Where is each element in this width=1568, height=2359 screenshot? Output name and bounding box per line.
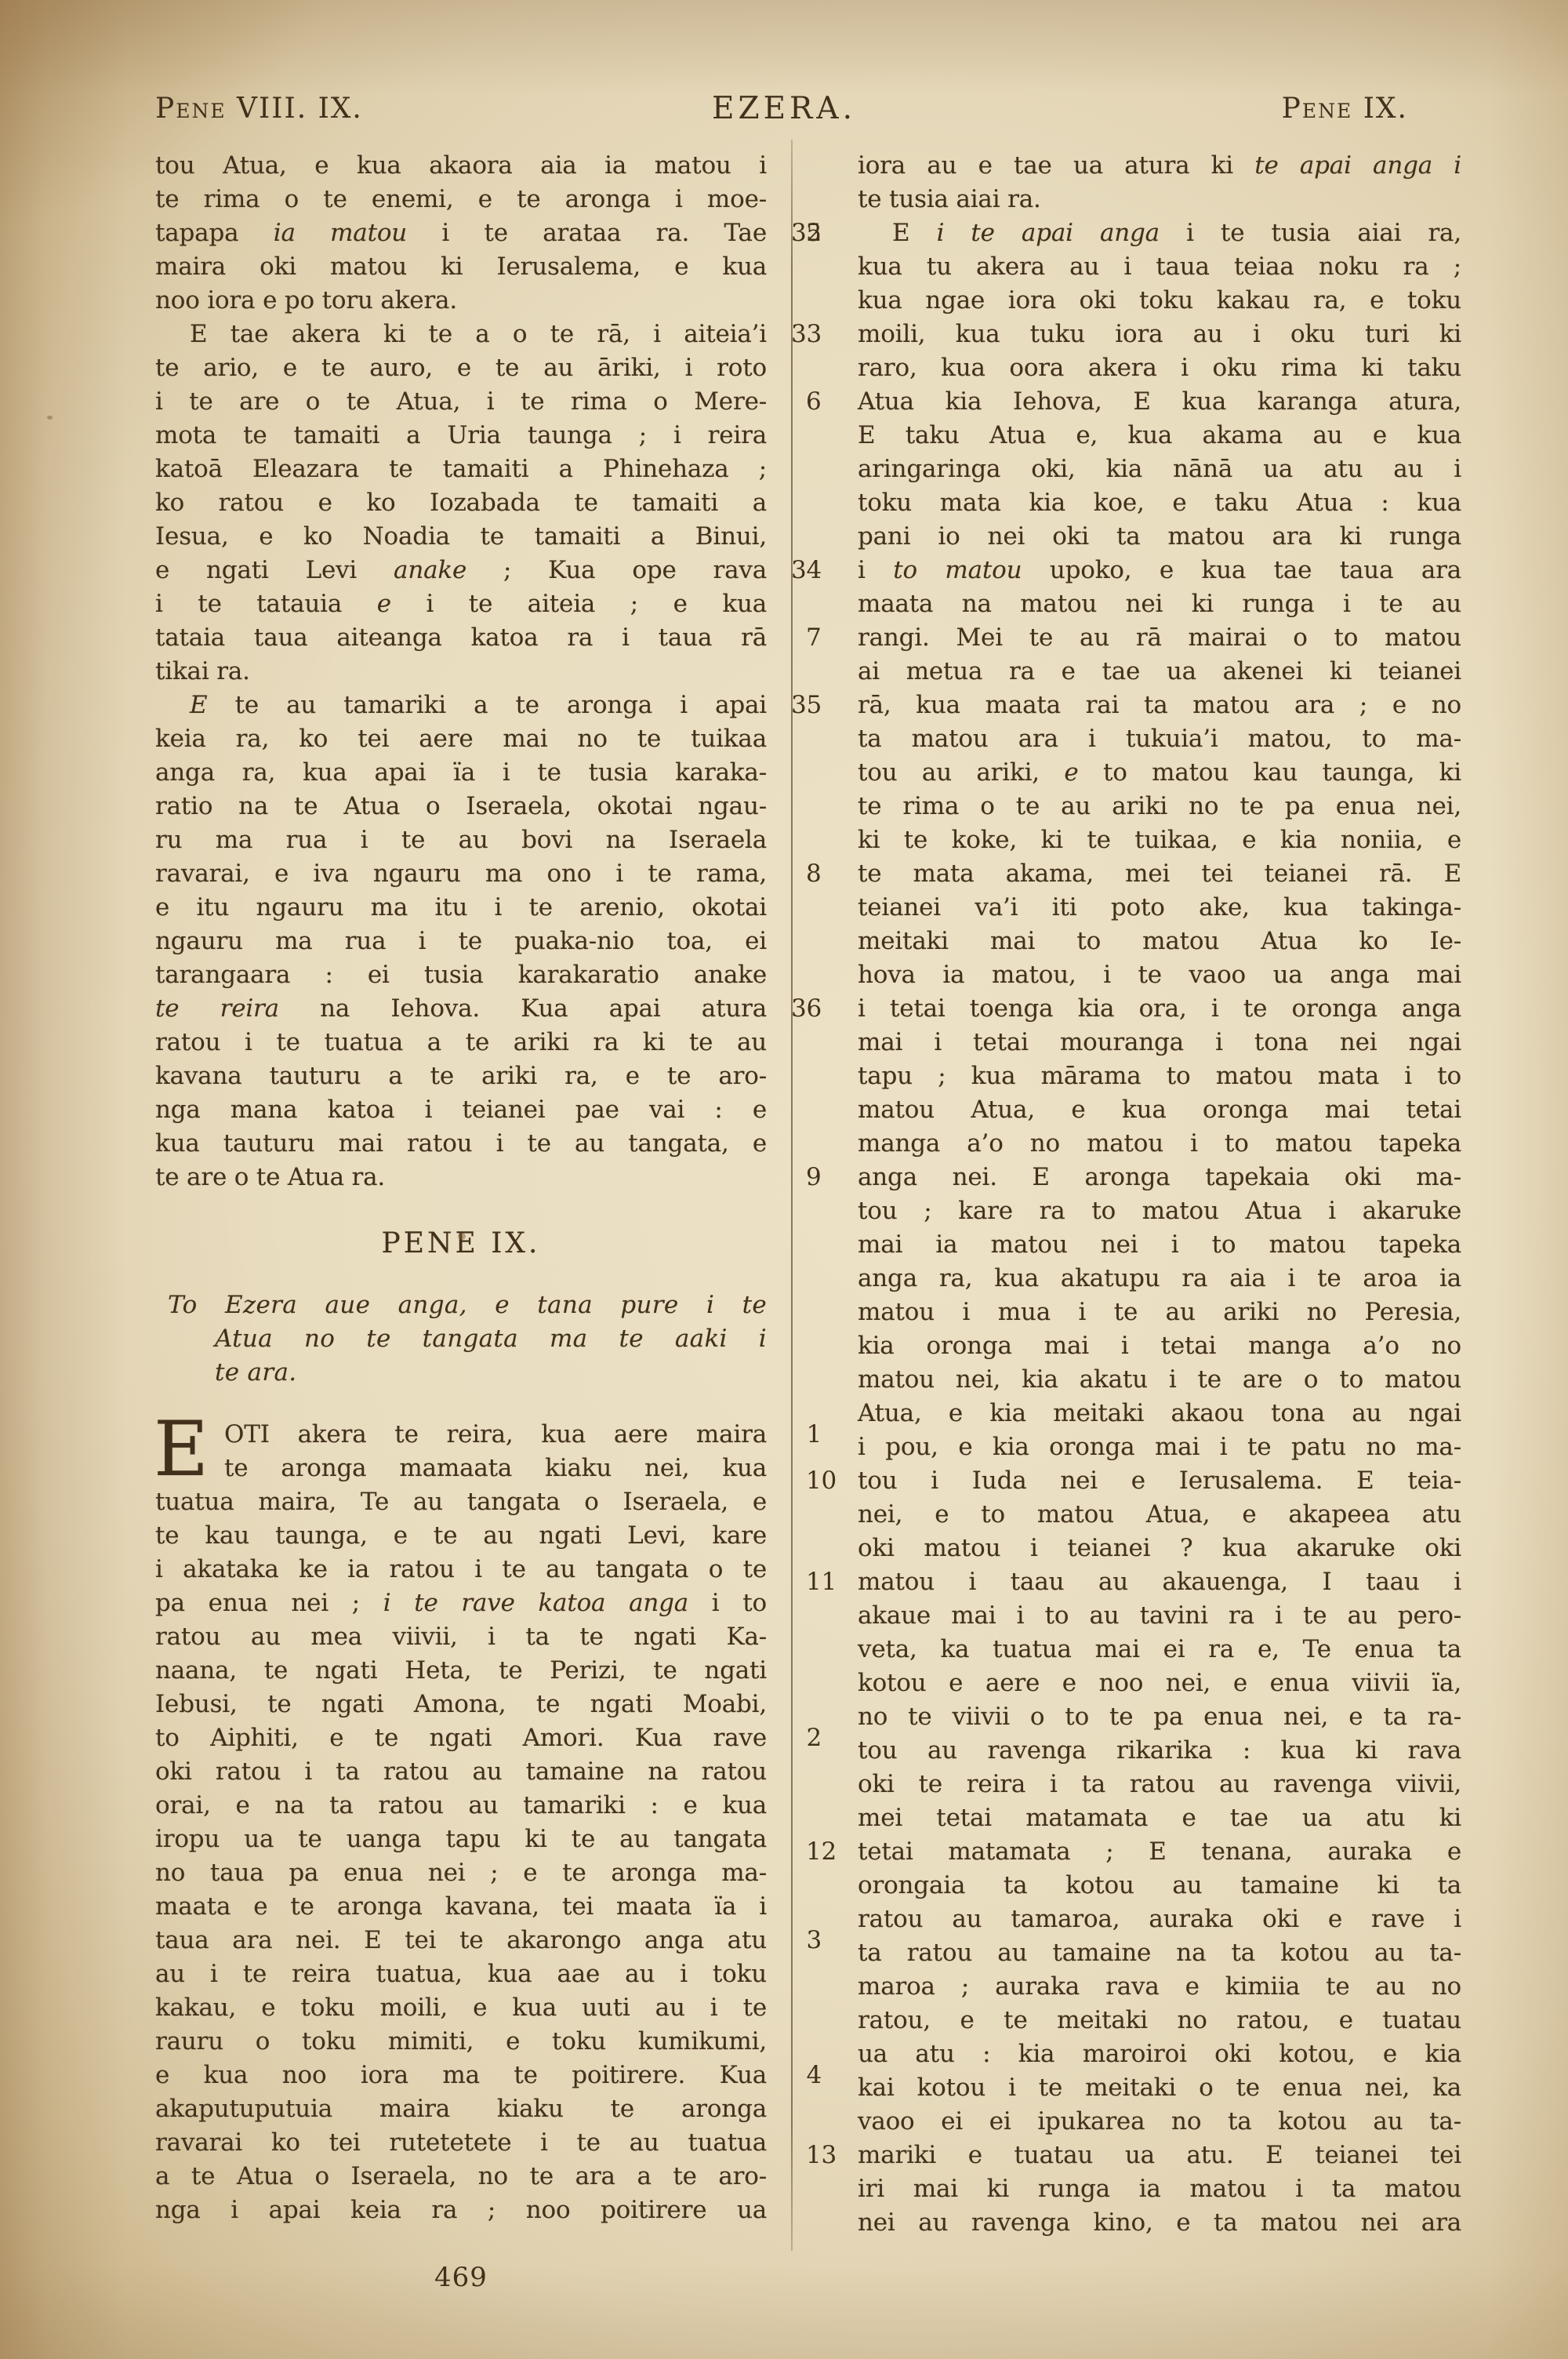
text-line: ratou, e te meitaki no ratou, e tuatau — [858, 2004, 1461, 2037]
text-line: te reira na Iehova. Kua apai atura36 — [155, 992, 767, 1026]
text-line: tuatua maira, Te au tangata o Iseraela, … — [155, 1485, 767, 1519]
text-line: te kau taunga, e te au ngati Levi, kare — [155, 1519, 767, 1553]
text-line: kavana tauturu a te ariki ra, e te aro- — [155, 1060, 767, 1093]
text-line: tou au ravenga rikarika : kua ki rava — [858, 1734, 1461, 1768]
line-text: te tusia aiai ra. — [858, 183, 1461, 216]
text-line: oki matou i teianei ? kua akaruke oki — [858, 1532, 1461, 1565]
text-line: no taua pa enua nei ; e te aronga ma- — [155, 1856, 767, 1890]
line-text: tetai matamata ; E tenana, auraka e — [858, 1835, 1461, 1869]
text-line: EOTI akera te reira, kua aere maira1 — [155, 1418, 767, 1452]
text-line: kotou e aere e noo nei, e enua viivii ïa… — [858, 1667, 1461, 1700]
line-text: keia ra, ko tei aere mai no te tuikaa — [155, 722, 767, 756]
line-text: tarangaara : ei tusia karakaratio anake — [155, 958, 767, 992]
line-text: pa enua nei ; i te rave katoa anga i to — [155, 1587, 767, 1620]
verse-number: 35 — [791, 689, 822, 722]
line-text: mota te tamaiti a Uria taunga ; i reira — [155, 419, 767, 453]
line-text: a te Atua o Iseraela, no te ara a te aro… — [155, 2160, 767, 2194]
text-line: Iesua, e ko Noadia te tamaiti a Binui, — [155, 520, 767, 554]
line-text: e kua noo iora ma te poitirere. Kua — [155, 2059, 767, 2092]
chapter-summary-line: Atua no te tangata ma te aaki i — [155, 1322, 767, 1356]
text-line: tou au ariki, e to matou kau taunga, ki — [858, 756, 1461, 790]
verse-number: 34 — [791, 554, 822, 587]
line-text: nga mana katoa i teianei pae vai : e — [155, 1093, 767, 1127]
line-text: ratou au mea viivii, i ta te ngati Ka- — [155, 1620, 767, 1654]
line-text: mai ia matou nei i to matou tapeka — [858, 1228, 1461, 1262]
verse-number: 9 — [806, 1161, 853, 1194]
text-line: kua tu akera au i taua teiaa noku ra ; — [858, 250, 1461, 284]
verse-number: 13 — [806, 2139, 853, 2172]
line-text: moili, kua tuku iora au i oku turi ki — [858, 318, 1461, 351]
text-line: vaoo ei ei ipukarea no ta kotou au ta- — [858, 2105, 1461, 2139]
text-line: tataia taua aiteanga katoa ra i taua rā — [155, 621, 767, 655]
verse-number: 12 — [806, 1835, 853, 1869]
line-text: matou i mua i te au ariki no Peresia, — [858, 1296, 1461, 1329]
text-line: nga mana katoa i teianei pae vai : e — [155, 1093, 767, 1127]
line-text: maira oki matou ki Ierusalema, e kua — [155, 250, 767, 284]
text-line: meitaki mai to matou Atua ko Ie- — [858, 925, 1461, 958]
verse-number: 6 — [806, 385, 853, 419]
text-line: e itu ngauru ma itu i te arenio, okotai — [155, 891, 767, 925]
line-text: To Ezera aue anga, e tana pure i te — [155, 1289, 767, 1322]
text-line: ratou au mea viivii, i ta te ngati Ka- — [155, 1620, 767, 1654]
text-line: ki te koke, ki te tuikaa, e kia noniia, … — [858, 823, 1461, 857]
line-text: matou i taau au akauenga, I taau i — [858, 1565, 1461, 1599]
line-text: i te tatauia e i te aiteia ; e kua — [155, 587, 767, 621]
line-text: akaputuputuia maira kiaku te aronga — [155, 2092, 767, 2126]
line-text: mariki e tuatau ua atu. E teianei tei — [858, 2139, 1461, 2172]
line-text: i to matou upoko, e kua tae taua ara — [858, 554, 1461, 587]
line-text: OTI akera te reira, kua aere maira — [155, 1418, 767, 1452]
line-text: rauru o toku mimiti, e toku kumikumi, — [155, 2025, 767, 2059]
running-header: Pene VIII. IX. EZERA. Pene IX. — [0, 93, 1568, 133]
text-line: moili, kua tuku iora au i oku turi ki — [858, 318, 1461, 351]
line-text: tuatua maira, Te au tangata o Iseraela, … — [155, 1485, 767, 1519]
text-line: matou Atua, e kua oronga mai tetai — [858, 1093, 1461, 1127]
line-text: ratou au tamaroa, auraka oki e rave i — [858, 1903, 1461, 1936]
text-line: ru ma rua i te au bovi na Iseraela — [155, 823, 767, 857]
line-text: kua tauturu mai ratou i te au tangata, e — [155, 1127, 767, 1161]
line-text: te reira na Iehova. Kua apai atura — [155, 992, 767, 1026]
line-text: mei tetai matamata e tae ua atu ki — [858, 1801, 1461, 1835]
line-text: ki te koke, ki te tuikaa, e kia noniia, … — [858, 823, 1461, 857]
text-line: tarangaara : ei tusia karakaratio anake — [155, 958, 767, 992]
text-line: raro, kua oora akera i oku rima ki taku — [858, 351, 1461, 385]
line-text: te rima o te enemi, e te aronga i moe- — [155, 183, 767, 216]
line-text: tou i Iuda nei e Ierusalema. E teia- — [858, 1464, 1461, 1498]
line-text: ua atu : kia maroiroi oki kotou, e kia — [858, 2037, 1461, 2071]
line-text: veta, ka tuatua mai ei ra e, Te enua ta — [858, 1633, 1461, 1667]
line-text: au i te reira tuatua, kua aae au i toku — [155, 1957, 767, 1991]
page-number: 469 — [155, 2262, 767, 2293]
line-text: ratou i te tuatua a te ariki ra ki te au — [155, 1026, 767, 1060]
right-text-column: iora au e tae ua atura ki te apai anga i… — [858, 149, 1461, 2240]
text-line: i tetai toenga kia ora, i te oronga anga — [858, 992, 1461, 1026]
line-text: tou au ariki, e to matou kau taunga, ki — [858, 756, 1461, 790]
text-line: iropu ua te uanga tapu ki te au tangata — [155, 1823, 767, 1856]
text-line: rauru o toku mimiti, e toku kumikumi, — [155, 2025, 767, 2059]
chapter-summary-line: te ara. — [155, 1356, 767, 1390]
header-right-chapter: Pene IX. — [1282, 93, 1408, 125]
text-line: E i te apai anga i te tusia aiai ra,5 — [858, 216, 1461, 250]
text-line: anga ra, kua apai ïa i te tusia karaka- — [155, 756, 767, 790]
verse-number: 10 — [806, 1464, 853, 1498]
verse-number: 4 — [806, 2059, 822, 2092]
line-text: rā, kua maata rai ta matou ara ; e no — [858, 689, 1461, 722]
line-text: nei, e to matou Atua, e akapeea atu — [858, 1498, 1461, 1532]
text-line: hova ia matou, i te vaoo ua anga mai — [858, 958, 1461, 992]
line-text: PENE IX. — [155, 1224, 767, 1263]
text-line: te aronga mamaata kiaku nei, kua — [155, 1452, 767, 1485]
text-line: aringaringa oki, kia nānā ua atu au i — [858, 453, 1461, 486]
line-text: manga a’o no matou i to matou tapeka — [858, 1127, 1461, 1161]
text-line: e kua noo iora ma te poitirere. Kua4 — [155, 2059, 767, 2092]
line-text: kua ngae iora oki toku kakau ra, e toku — [858, 284, 1461, 318]
text-line: orai, e na ta ratou au tamariki : e kua — [155, 1789, 767, 1823]
text-line: te rima o te enemi, e te aronga i moe- — [155, 183, 767, 216]
text-line: te are o te Atua ra. — [155, 1161, 767, 1194]
text-line: no te viivii o to te pa enua nei, e ta r… — [858, 1700, 1461, 1734]
line-text: naana, te ngati Heta, te Perizi, te ngat… — [155, 1654, 767, 1688]
line-text: akaue mai i to au tavini ra i te au pero… — [858, 1599, 1461, 1633]
line-text: tataia taua aiteanga katoa ra i taua rā — [155, 621, 767, 655]
line-text: E tae akera ki te a o te rā, i aiteia’i — [155, 318, 767, 351]
line-text: i tetai toenga kia ora, i te oronga anga — [858, 992, 1461, 1026]
line-text: meitaki mai to matou Atua ko Ie- — [858, 925, 1461, 958]
line-text: tikai ra. — [155, 655, 767, 689]
text-line: te rima o te au ariki no te pa enua nei, — [858, 790, 1461, 823]
line-text: ratio na te Atua o Iseraela, okotai ngau… — [155, 790, 767, 823]
text-line: ratou au tamaroa, auraka oki e rave i — [858, 1903, 1461, 1936]
text-line: oki te reira i ta ratou au ravenga viivi… — [858, 1768, 1461, 1801]
text-line: te ario, e te auro, e te au āriki, i rot… — [155, 351, 767, 385]
text-line: tou i Iuda nei e Ierusalema. E teia-10 — [858, 1464, 1461, 1498]
line-text: E te au tamariki a te aronga i apai — [155, 689, 767, 722]
line-text: Atua, e kia meitaki akaou tona au ngai — [858, 1397, 1461, 1430]
line-text: anga ra, kua akatupu ra aia i te aroa ia — [858, 1262, 1461, 1296]
text-line: rangi. Mei te au rā mairai o to matou7 — [858, 621, 1461, 655]
line-text: Atua no te tangata ma te aaki i — [155, 1322, 767, 1356]
line-text: E taku Atua e, kua akama au e kua — [858, 419, 1461, 453]
line-text: iora au e tae ua atura ki te apai anga i — [858, 149, 1461, 183]
line-text: anga nei. E aronga tapekaia oki ma- — [858, 1161, 1461, 1194]
line-text: kia oronga mai i tetai manga a’o no — [858, 1329, 1461, 1363]
line-text: ngauru ma rua i te puaka-nio toa, ei — [155, 925, 767, 958]
text-line: veta, ka tuatua mai ei ra e, Te enua ta — [858, 1633, 1461, 1667]
line-text: maata e te aronga kavana, tei maata ïa i — [155, 1890, 767, 1924]
line-text: vaoo ei ei ipukarea no ta kotou au ta- — [858, 2105, 1461, 2139]
line-text: to Aiphiti, e te ngati Amori. Kua rave — [155, 1721, 767, 1755]
line-text: maata na matou nei ki runga i te au — [858, 587, 1461, 621]
text-line: tou Atua, e kua akaora aia ia matou i — [155, 149, 767, 183]
text-line: Iebusi, te ngati Amona, te ngati Moabi, — [155, 1688, 767, 1721]
text-line: kai kotou i te meitaki o te enua nei, ka — [858, 2071, 1461, 2105]
text-line: Atua, e kia meitaki akaou tona au ngai — [858, 1397, 1461, 1430]
line-text: matou Atua, e kua oronga mai tetai — [858, 1093, 1461, 1127]
scanned-book-page: Pene VIII. IX. EZERA. Pene IX. tou Atua,… — [0, 0, 1568, 2359]
line-text: ta matou ara i tukuia’i matou, to ma- — [858, 722, 1461, 756]
verse-number: 11 — [806, 1565, 853, 1599]
verse-number: 7 — [806, 621, 853, 655]
line-text: te ara. — [155, 1356, 767, 1390]
text-line: kia oronga mai i tetai manga a’o no — [858, 1329, 1461, 1363]
text-line: manga a’o no matou i to matou tapeka — [858, 1127, 1461, 1161]
text-line: rā, kua maata rai ta matou ara ; e no — [858, 689, 1461, 722]
verse-number: 36 — [791, 992, 822, 1026]
text-line: keia ra, ko tei aere mai no te tuikaa — [155, 722, 767, 756]
text-line: tou ; kare ra to matou Atua i akaruke — [858, 1194, 1461, 1228]
line-text: Iebusi, te ngati Amona, te ngati Moabi, — [155, 1688, 767, 1721]
text-line: ravarai, e iva ngauru ma ono i te rama, — [155, 857, 767, 891]
text-line: au i te reira tuatua, kua aae au i toku — [155, 1957, 767, 1991]
text-line: tapu ; kua mārama to matou mata i to — [858, 1060, 1461, 1093]
text-line: maata na matou nei ki runga i te au — [858, 587, 1461, 621]
text-line: i akataka ke ia ratou i te au tangata o … — [155, 1553, 767, 1587]
line-text: Iesua, e ko Noadia te tamaiti a Binui, — [155, 520, 767, 554]
line-text: te aronga mamaata kiaku nei, kua — [155, 1452, 767, 1485]
line-text: te kau taunga, e te au ngati Levi, kare — [155, 1519, 767, 1553]
line-text: ta ratou au tamaine na ta kotou au ta- — [858, 1936, 1461, 1970]
text-line: iri mai ki runga ia matou i ta matou — [858, 2172, 1461, 2206]
text-line: kua ngae iora oki toku kakau ra, e toku — [858, 284, 1461, 318]
line-text: mai i tetai mouranga i tona nei ngai — [858, 1026, 1461, 1060]
line-text: maroa ; auraka rava e kimiia te au no — [858, 1970, 1461, 2004]
line-text: iropu ua te uanga tapu ki te au tangata — [155, 1823, 767, 1856]
line-text: kakau, e toku moili, e kua uuti au i te — [155, 1991, 767, 2025]
text-line: maroa ; auraka rava e kimiia te au no — [858, 1970, 1461, 2004]
verse-number: 1 — [806, 1418, 822, 1452]
column-divider-rule — [791, 140, 793, 2251]
line-text: matou nei, kia akatu i te are o to matou — [858, 1363, 1461, 1397]
text-line: ta ratou au tamaine na ta kotou au ta- — [858, 1936, 1461, 1970]
text-line: ua atu : kia maroiroi oki kotou, e kia — [858, 2037, 1461, 2071]
line-text: kotou e aere e noo nei, e enua viivii ïa… — [858, 1667, 1461, 1700]
text-line: mai i tetai mouranga i tona nei ngai — [858, 1026, 1461, 1060]
line-text: tou au ravenga rikarika : kua ki rava — [858, 1734, 1461, 1768]
text-line: anga nei. E aronga tapekaia oki ma-9 — [858, 1161, 1461, 1194]
text-line: oki ratou i ta ratou au tamaine na ratou — [155, 1755, 767, 1789]
text-line: matou nei, kia akatu i te are o to matou — [858, 1363, 1461, 1397]
text-line: i pou, e kia oronga mai i te patu no ma- — [858, 1430, 1461, 1464]
left-text-column: tou Atua, e kua akaora aia ia matou ite … — [155, 149, 767, 2227]
line-text: kua tu akera au i taua teiaa noku ra ; — [858, 250, 1461, 284]
line-text: hova ia matou, i te vaoo ua anga mai — [858, 958, 1461, 992]
line-text: ru ma rua i te au bovi na Iseraela — [155, 823, 767, 857]
text-line: i te are o te Atua, i te rima o Mere- — [155, 385, 767, 419]
text-line: teianei va’i iti poto ake, kua takinga- — [858, 891, 1461, 925]
line-text: ko ratou e ko Iozabada te tamaiti a — [155, 486, 767, 520]
chapter-summary-line: To Ezera aue anga, e tana pure i te — [155, 1289, 767, 1322]
line-text: noo iora e po toru akera. — [155, 284, 767, 318]
line-text: taua ara nei. E tei te akarongo anga atu — [155, 1924, 767, 1957]
text-line: ngauru ma rua i te puaka-nio toa, ei — [155, 925, 767, 958]
line-text: nei au ravenga kino, e ta matou nei ara — [858, 2206, 1461, 2240]
text-line: akaputuputuia maira kiaku te aronga — [155, 2092, 767, 2126]
line-text: aringaringa oki, kia nānā ua atu au i — [858, 453, 1461, 486]
text-line: orongaia ta kotou au tamaine ki ta — [858, 1869, 1461, 1903]
text-line: tikai ra. — [155, 655, 767, 689]
text-line: E te au tamariki a te aronga i apai35 — [155, 689, 767, 722]
line-text: pani io nei oki ta matou ara ki runga — [858, 520, 1461, 554]
text-line: naana, te ngati Heta, te Perizi, te ngat… — [155, 1654, 767, 1688]
chapter-heading: PENE IX. — [155, 1224, 767, 1263]
text-line: akaue mai i to au tavini ra i te au pero… — [858, 1599, 1461, 1633]
text-line: a te Atua o Iseraela, no te ara a te aro… — [155, 2160, 767, 2194]
text-line: mei tetai matamata e tae ua atu ki — [858, 1801, 1461, 1835]
text-line: maira oki matou ki Ierusalema, e kua — [155, 250, 767, 284]
verse-number: 5 — [806, 216, 853, 250]
line-text: nga i apai keia ra ; noo poitirere ua — [155, 2194, 767, 2227]
line-text: no te viivii o to te pa enua nei, e ta r… — [858, 1700, 1461, 1734]
line-text: kai kotou i te meitaki o te enua nei, ka — [858, 2071, 1461, 2105]
text-line: e ngati Levi anake ; Kua ope rava34 — [155, 554, 767, 587]
text-line: ai metua ra e tae ua akenei ki teianei — [858, 655, 1461, 689]
text-line: ratio na te Atua o Iseraela, okotai ngau… — [155, 790, 767, 823]
paper-speck — [47, 416, 53, 420]
text-line: pani io nei oki ta matou ara ki runga — [858, 520, 1461, 554]
text-line: anga ra, kua akatupu ra aia i te aroa ia — [858, 1262, 1461, 1296]
line-text: te are o te Atua ra. — [155, 1161, 767, 1194]
line-text: tapapa ia matou i te arataa ra. Tae — [155, 216, 767, 250]
verse-number: 2 — [806, 1721, 822, 1755]
text-line: nga i apai keia ra ; noo poitirere ua — [155, 2194, 767, 2227]
line-text: orongaia ta kotou au tamaine ki ta — [858, 1869, 1461, 1903]
line-text: Atua kia Iehova, E kua karanga atura, — [858, 385, 1461, 419]
text-line: to Aiphiti, e te ngati Amori. Kua rave2 — [155, 1721, 767, 1755]
text-line: nei au ravenga kino, e ta matou nei ara — [858, 2206, 1461, 2240]
line-text: teianei va’i iti poto ake, kua takinga- — [858, 891, 1461, 925]
text-line: tetai matamata ; E tenana, auraka e12 — [858, 1835, 1461, 1869]
text-line: mota te tamaiti a Uria taunga ; i reira — [155, 419, 767, 453]
line-text: oki ratou i ta ratou au tamaine na ratou — [155, 1755, 767, 1789]
text-line: ratou i te tuatua a te ariki ra ki te au — [155, 1026, 767, 1060]
line-text: oki te reira i ta ratou au ravenga viivi… — [858, 1768, 1461, 1801]
text-line: iora au e tae ua atura ki te apai anga i — [858, 149, 1461, 183]
text-line: tapapa ia matou i te arataa ra. Tae32 — [155, 216, 767, 250]
text-line: maata e te aronga kavana, tei maata ïa i — [155, 1890, 767, 1924]
text-line: mai ia matou nei i to matou tapeka — [858, 1228, 1461, 1262]
line-text: ratou, e te meitaki no ratou, e tuatau — [858, 2004, 1461, 2037]
text-line: matou i taau au akauenga, I taau i11 — [858, 1565, 1461, 1599]
line-text: oki matou i teianei ? kua akaruke oki — [858, 1532, 1461, 1565]
line-text: toku mata kia koe, e taku Atua : kua — [858, 486, 1461, 520]
line-text: raro, kua oora akera i oku rima ki taku — [858, 351, 1461, 385]
text-line: katoā Eleazara te tamaiti a Phinehaza ; — [155, 453, 767, 486]
line-text: anga ra, kua apai ïa i te tusia karaka- — [155, 756, 767, 790]
text-line: ko ratou e ko Iozabada te tamaiti a — [155, 486, 767, 520]
line-text: ai metua ra e tae ua akenei ki teianei — [858, 655, 1461, 689]
line-text: i pou, e kia oronga mai i te patu no ma- — [858, 1430, 1461, 1464]
verse-number: 3 — [806, 1924, 822, 1957]
line-text: i akataka ke ia ratou i te au tangata o … — [155, 1553, 767, 1587]
text-line: nei, e to matou Atua, e akapeea atu — [858, 1498, 1461, 1532]
verse-number: 33 — [791, 318, 822, 351]
verse-number: 8 — [806, 857, 853, 891]
line-text: iri mai ki runga ia matou i ta matou — [858, 2172, 1461, 2206]
text-line: i te tatauia e i te aiteia ; e kua — [155, 587, 767, 621]
line-text: kavana tauturu a te ariki ra, e te aro- — [155, 1060, 767, 1093]
text-line: E taku Atua e, kua akama au e kua — [858, 419, 1461, 453]
line-text: no taua pa enua nei ; e te aronga ma- — [155, 1856, 767, 1890]
text-line: kakau, e toku moili, e kua uuti au i te — [155, 1991, 767, 2025]
text-line: te tusia aiai ra. — [858, 183, 1461, 216]
line-text: ravarai ko tei rutetetete i te au tuatua — [155, 2126, 767, 2160]
line-text: ravarai, e iva ngauru ma ono i te rama, — [155, 857, 767, 891]
line-text: tou ; kare ra to matou Atua i akaruke — [858, 1194, 1461, 1228]
text-line: toku mata kia koe, e taku Atua : kua — [858, 486, 1461, 520]
line-text: te ario, e te auro, e te au āriki, i rot… — [155, 351, 767, 385]
text-line: E tae akera ki te a o te rā, i aiteia’i3… — [155, 318, 767, 351]
line-text: te mata akama, mei tei teianei rā. E — [858, 857, 1461, 891]
text-line: Atua kia Iehova, E kua karanga atura,6 — [858, 385, 1461, 419]
text-line: taua ara nei. E tei te akarongo anga atu… — [155, 1924, 767, 1957]
text-line: ravarai ko tei rutetetete i te au tuatua — [155, 2126, 767, 2160]
text-line: matou i mua i te au ariki no Peresia, — [858, 1296, 1461, 1329]
text-line: kua tauturu mai ratou i te au tangata, e — [155, 1127, 767, 1161]
text-line: mariki e tuatau ua atu. E teianei tei13 — [858, 2139, 1461, 2172]
line-text: i te are o te Atua, i te rima o Mere- — [155, 385, 767, 419]
line-text: e ngati Levi anake ; Kua ope rava — [155, 554, 767, 587]
text-line: ta matou ara i tukuia’i matou, to ma- — [858, 722, 1461, 756]
line-text: orai, e na ta ratou au tamariki : e kua — [155, 1789, 767, 1823]
line-text: katoā Eleazara te tamaiti a Phinehaza ; — [155, 453, 767, 486]
line-text: E i te apai anga i te tusia aiai ra, — [858, 216, 1461, 250]
text-line: noo iora e po toru akera. — [155, 284, 767, 318]
line-text: e itu ngauru ma itu i te arenio, okotai — [155, 891, 767, 925]
text-line: pa enua nei ; i te rave katoa anga i to — [155, 1587, 767, 1620]
text-line: i to matou upoko, e kua tae taua ara — [858, 554, 1461, 587]
text-line: te mata akama, mei tei teianei rā. E8 — [858, 857, 1461, 891]
line-text: tapu ; kua mārama to matou mata i to — [858, 1060, 1461, 1093]
line-text: tou Atua, e kua akaora aia ia matou i — [155, 149, 767, 183]
line-text: rangi. Mei te au rā mairai o to matou — [858, 621, 1461, 655]
line-text: te rima o te au ariki no te pa enua nei, — [858, 790, 1461, 823]
